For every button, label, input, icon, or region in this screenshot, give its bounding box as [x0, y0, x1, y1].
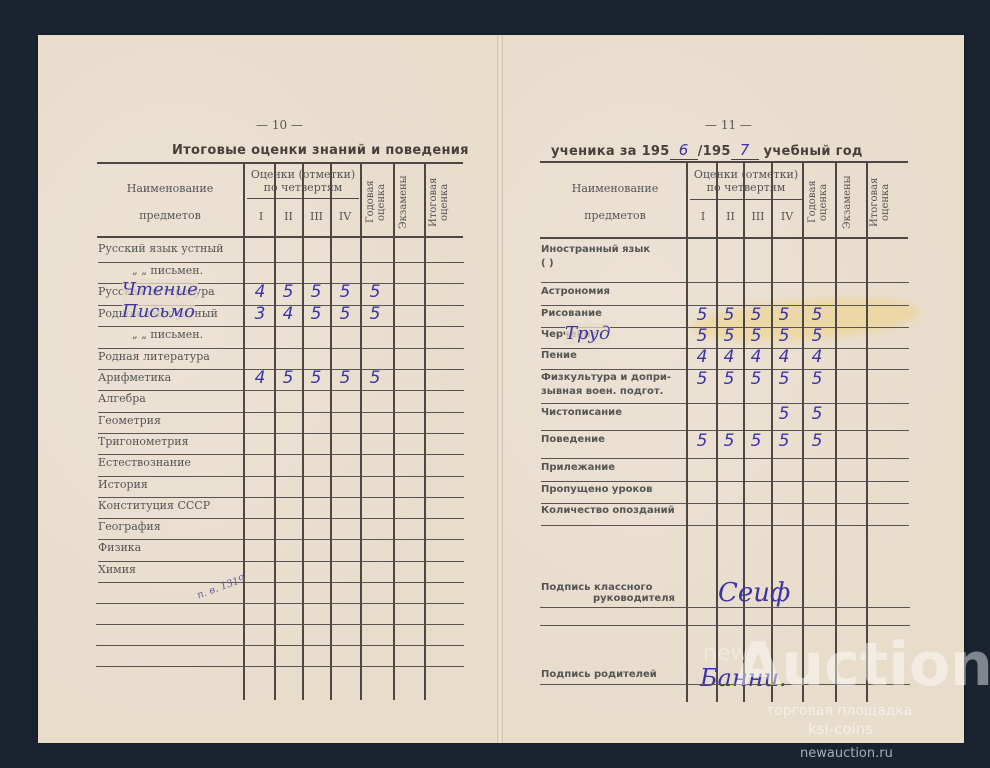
subject-label: Поведение [541, 434, 605, 445]
grade-cell: 4 [744, 347, 768, 367]
subject-label: Количество опозданий [541, 505, 675, 516]
quarter-1-header: I [248, 210, 274, 223]
subject-label: Прилежание [541, 462, 615, 473]
grade-cell: 5 [772, 305, 796, 325]
grade-cell: 5 [772, 431, 796, 451]
subject-label: Рисование [541, 308, 602, 319]
left-page-title: Итоговые оценки знаний и поведения [172, 143, 469, 158]
exams-header: Экзамены [398, 170, 414, 234]
grade-cell: 5 [744, 431, 768, 451]
subject-label: География [98, 520, 161, 533]
grade-cell: 5 [333, 304, 357, 324]
grade-cell: 5 [772, 326, 796, 346]
grade-cell: 5 [690, 326, 714, 346]
watermark-tagline: торговая площадка [766, 703, 912, 719]
grade-cell: 5 [805, 431, 829, 451]
final-grade-header: Итоговая оценка [869, 170, 893, 234]
grade-cell: 5 [717, 305, 741, 325]
subject-label: Тригонометрия [98, 435, 189, 448]
grade-cell: 5 [717, 431, 741, 451]
grade-cell: 5 [333, 282, 357, 302]
quarters-header: Оценки (отметки) по четвертям [689, 168, 803, 194]
grade-cell: 5 [772, 404, 796, 424]
grade-cell: 4 [805, 347, 829, 367]
grade-cell: 5 [805, 404, 829, 424]
grade-cell: 5 [772, 369, 796, 389]
subject-label: „ „ письмен. [132, 328, 203, 341]
grade-cell: 5 [276, 368, 300, 388]
quarter-4-header: IV [331, 210, 359, 223]
right-page-number: — 11 — [705, 118, 752, 132]
parent-sign-label: Подпись родителей [541, 669, 657, 680]
grade-cell: 5 [744, 305, 768, 325]
handwritten-subject: Труд [565, 323, 610, 344]
watermark-site: newauction.ru [800, 746, 893, 761]
watermark-brand: Auction [735, 630, 990, 700]
quarter-3-header: III [745, 210, 771, 223]
final-grade-header: Итоговая оценка [428, 170, 452, 234]
subject-label: Геометрия [98, 414, 161, 427]
grade-cell: 5 [276, 282, 300, 302]
subject-label-line2: зывная воен. подгот. [541, 386, 663, 397]
quarter-4-header: IV [772, 210, 802, 223]
subject-label: Физкультура и допри- [541, 372, 671, 383]
grade-cell: 4 [772, 347, 796, 367]
grade-cell: 5 [363, 282, 387, 302]
annual-grade-header: Годовая оценка [365, 170, 389, 234]
subject-label: Алгебра [98, 392, 146, 405]
grade-cell: 5 [805, 369, 829, 389]
grade-cell: 4 [690, 347, 714, 367]
header-bottom-rule [97, 236, 463, 238]
grade-cell: 5 [805, 326, 829, 346]
handwritten-subject: Письмо [122, 301, 195, 322]
grade-cell: 5 [717, 369, 741, 389]
grade-cell: 5 [744, 326, 768, 346]
quarter-2-header: II [717, 210, 744, 223]
left-page [38, 35, 498, 743]
grade-cell: 4 [248, 282, 272, 302]
grade-cell: 5 [717, 326, 741, 346]
right-page-title: ученика за 1956/1957 учебный год [551, 141, 863, 160]
grade-cell: 5 [363, 304, 387, 324]
grade-cell: 5 [304, 304, 328, 324]
subject-label: Арифметика [98, 371, 171, 384]
handwritten-subject: Чтение [122, 279, 198, 300]
grade-cell: 5 [333, 368, 357, 388]
grade-cell: 5 [690, 305, 714, 325]
subject-label: Физика [98, 541, 141, 554]
quarter-1-header: I [691, 210, 715, 223]
grade-cell: 3 [248, 304, 272, 324]
subject-label: Пение [541, 350, 577, 361]
teacher-sign-label: Подпись классного руководителя [541, 582, 675, 604]
subject-col-header: Наименование предметов [545, 182, 685, 222]
exams-header: Экзамены [842, 170, 858, 234]
subject-label-line2: ( ) [541, 258, 554, 269]
subject-label: История [98, 478, 148, 491]
subject-label: Чистописание [541, 407, 622, 418]
year-start-digit: 6 [670, 141, 698, 160]
subject-label: Естествознание [98, 456, 191, 469]
subject-label: Пропущено уроков [541, 484, 652, 495]
grade-cell: 4 [276, 304, 300, 324]
subject-label: Иностранный язык [541, 244, 650, 255]
grade-cell: 5 [690, 431, 714, 451]
watermark-seller: ksl-coins [808, 720, 873, 738]
book-spine [497, 35, 503, 743]
subject-label: Русский язык устный [98, 242, 223, 255]
subject-label: Астрономия [541, 286, 610, 297]
grade-cell: 5 [805, 305, 829, 325]
subject-label: Конституция СССР [98, 499, 210, 512]
grade-cell: 4 [248, 368, 272, 388]
grade-cell: 5 [304, 368, 328, 388]
subject-col-header: Наименование предметов [100, 182, 240, 222]
grade-cell: 5 [304, 282, 328, 302]
subject-label: „ „ письмен. [132, 264, 203, 277]
grade-cell: 4 [717, 347, 741, 367]
subject-label: Химия [98, 563, 136, 576]
quarter-3-header: III [303, 210, 330, 223]
grade-cell: 5 [744, 369, 768, 389]
teacher-signature: Сеиф [718, 578, 790, 608]
left-page-number: — 10 — [256, 118, 303, 132]
year-end-digit: 7 [731, 141, 759, 160]
grade-cell: 5 [363, 368, 387, 388]
subject-label: Родная литература [98, 350, 210, 363]
grade-cell: 5 [690, 369, 714, 389]
annual-grade-header: Годовая оценка [807, 170, 831, 234]
header-top-rule [97, 162, 463, 164]
quarter-2-header: II [275, 210, 302, 223]
